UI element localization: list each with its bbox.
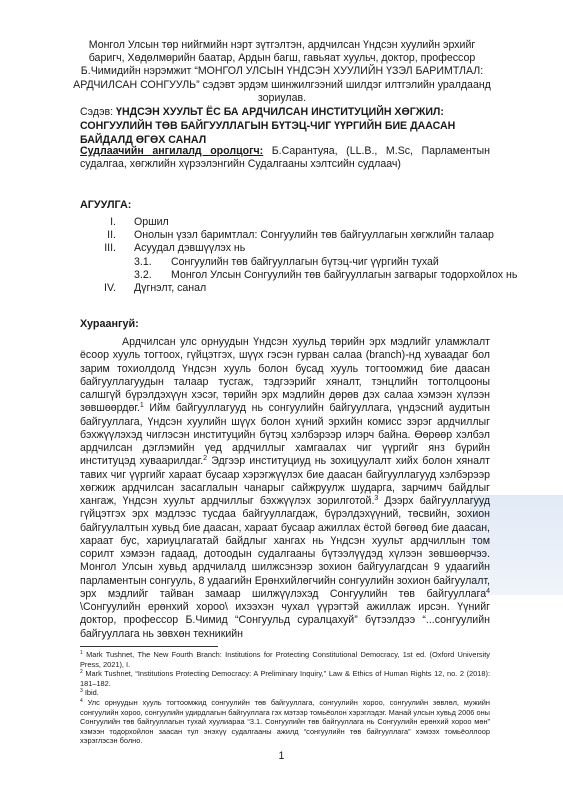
footnote-text: Mark Tushnet, “Institutions Protecting D… (80, 669, 490, 688)
toc-title: АГУУЛГА: (80, 199, 131, 211)
abstract-title: Хураангуй: (80, 318, 139, 330)
toc-item-text: Оршил (134, 216, 169, 229)
footnote-item: 4 Улс орнуудын хууль тогтоомжид сонгуули… (80, 698, 490, 746)
dedication-intro: Монгол Улсын төр нийгмийн нэрт зүтгэлтэн… (72, 39, 492, 105)
researcher-info: Судлаачийн ангилалд оролцогч: Б.Сарантуя… (80, 145, 490, 172)
footnote-item: 3 Ibid. (80, 688, 490, 698)
footnote-text: Улс орнуудын хууль тогтоомжид сонгуулийн… (80, 698, 490, 745)
toc-item: I.Оршил (80, 216, 500, 229)
toc-item-text: Сонгуулийн төв байгууллагын бүтэц-чиг үү… (171, 256, 439, 269)
toc-item-text: Онолын үзэл баримтлал: Сонгуулийн төв ба… (134, 229, 494, 242)
toc-item-text: Монгол Улсын Сонгуулийн төв байгууллагын… (171, 269, 517, 282)
toc-item-number: 3.2. (134, 269, 152, 282)
toc-item-text: Асуудал дэвшүүлэх нь (134, 242, 245, 255)
page-number: 1 (0, 750, 563, 762)
toc-item: III.Асуудал дэвшүүлэх нь (80, 242, 500, 255)
footnote-separator (80, 646, 218, 647)
toc-item-text: Дүгнэлт, санал (134, 282, 206, 295)
footnote-ref[interactable]: 2 (203, 455, 207, 462)
footnote-text: Mark Tushnet, The New Fourth Branch: Ins… (80, 650, 490, 669)
table-of-contents: I.ОршилII.Онолын үзэл баримтлал: Сонгуул… (80, 216, 500, 295)
topic-label: Сэдэв: (80, 106, 116, 118)
footnote-ref[interactable]: 3 (374, 495, 378, 502)
footnotes: 1 Mark Tushnet, The New Fourth Branch: I… (80, 650, 490, 746)
footnote-ref[interactable]: 1 (140, 402, 144, 409)
abstract-body: Ардчилсан улс орнуудын Үндсэн хуульд төр… (80, 336, 490, 641)
topic-title: ҮНДСЭН ХУУЛЬТ ЁС БА АРДЧИЛСАН ИНСТИТУЦИЙ… (80, 106, 455, 146)
toc-item-number: III. (80, 242, 116, 255)
toc-item: II.Онолын үзэл баримтлал: Сонгуулийн төв… (80, 229, 500, 242)
toc-item: 3.1.Сонгуулийн төв байгууллагын бүтэц-чи… (80, 256, 500, 269)
toc-item: 3.2.Монгол Улсын Сонгуулийн төв байгуулл… (80, 269, 500, 282)
toc-item-number: 3.1. (134, 256, 152, 269)
researcher-label: Судлаачийн ангилалд оролцогч: (80, 145, 263, 157)
footnote-item: 1 Mark Tushnet, The New Fourth Branch: I… (80, 650, 490, 669)
toc-item-number: IV. (80, 282, 116, 295)
toc-item-number: I. (80, 216, 116, 229)
topic-heading: Сэдэв: ҮНДСЭН ХУУЛЬТ ЁС БА АРДЧИЛСАН ИНС… (80, 106, 490, 147)
footnote-item: 2 Mark Tushnet, “Institutions Protecting… (80, 669, 490, 688)
document-page: Монгол Улсын төр нийгмийн нэрт зүтгэлтэн… (0, 0, 563, 800)
footnote-ref[interactable]: 4 (486, 588, 490, 595)
footnote-text: Ibid. (83, 688, 99, 697)
toc-item-number: II. (80, 229, 116, 242)
toc-item: IV.Дүгнэлт, санал (80, 282, 500, 295)
